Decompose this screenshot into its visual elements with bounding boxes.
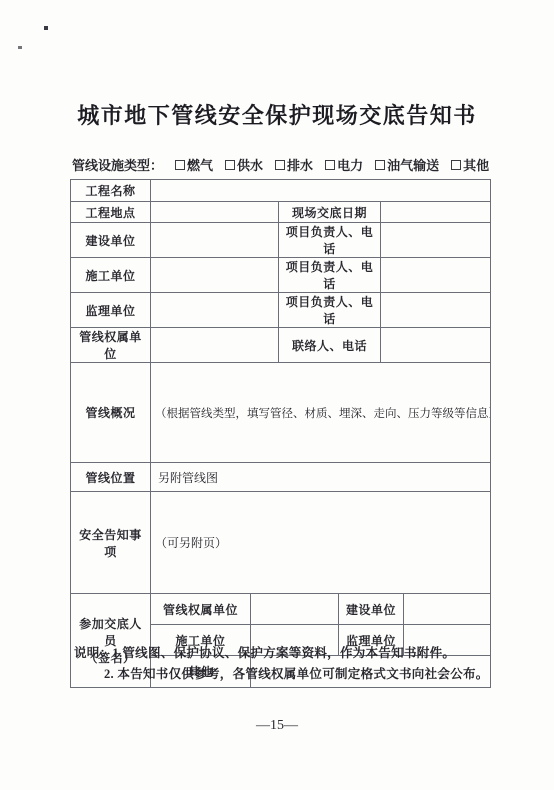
- contractor-unit-value-cell: [151, 258, 279, 293]
- pipeline-overview-label: 管线概况: [71, 363, 151, 463]
- contractor-unit-contact-label: 项目负责人、电话: [279, 258, 381, 293]
- construction-unit-label: 建设单位: [71, 223, 151, 258]
- construction-unit-contact-label: 项目负责人、电话: [279, 223, 381, 258]
- notes-prefix: 说明：: [74, 646, 112, 660]
- row-pipeline-location: 管线位置 另附管线图: [71, 463, 491, 492]
- project-name-label: 工程名称: [71, 180, 151, 202]
- pipeline-owner-contact-label: 联络人、电话: [279, 328, 381, 363]
- document-title: 城市地下管线安全保护现场交底告知书: [0, 99, 554, 130]
- scan-artifact-dot: [18, 46, 22, 49]
- note-item-2: 2. 本告知书仅供参考，各管线权属单位可制定格式文书向社会公布。: [104, 667, 489, 681]
- facility-type-option-gas: 燃气: [175, 155, 213, 174]
- row-participants-1: 参加交底人员 （签名） 管线权属单位 建设单位: [71, 594, 491, 625]
- checkbox-drainage-icon: [275, 160, 285, 170]
- checkbox-other-icon: [451, 160, 461, 170]
- supervision-unit-value-cell: [151, 293, 279, 328]
- pipeline-location-label: 管线位置: [71, 463, 151, 492]
- facility-type-selector: 管线设施类型：燃气供水排水电力油气输送其他: [72, 155, 512, 174]
- pipeline-location-value-cell: 另附管线图: [151, 463, 491, 492]
- project-location-value-cell: [151, 202, 279, 223]
- row-supervision-unit: 监理单位 项目负责人、电话: [71, 293, 491, 328]
- checkbox-oil-gas-icon: [375, 160, 385, 170]
- participants-owner-label: 管线权属单位: [151, 594, 251, 625]
- participants-construction-label: 建设单位: [339, 594, 404, 625]
- facility-type-option-drainage: 排水: [275, 155, 313, 174]
- supervision-unit-label: 监理单位: [71, 293, 151, 328]
- project-name-value-cell: [151, 180, 491, 202]
- construction-unit-contact-value-cell: [381, 223, 491, 258]
- disclosure-form-table: 工程名称 工程地点 现场交底日期 建设单位 项目负责人、电话 施工单位 项目负责…: [70, 179, 491, 688]
- contractor-unit-label: 施工单位: [71, 258, 151, 293]
- disclosure-date-label: 现场交底日期: [279, 202, 381, 223]
- disclosure-date-value-cell: [381, 202, 491, 223]
- notes-section: 说明：1.管线图、保护协议、保护方案等资料，作为本告知书附件。 2. 本告知书仅…: [74, 643, 514, 685]
- supervision-unit-contact-label: 项目负责人、电话: [279, 293, 381, 328]
- safety-notice-hint-cell: （可另附页）: [151, 492, 491, 594]
- row-pipeline-owner-unit: 管线权属单位 联络人、电话: [71, 328, 491, 363]
- row-project-location: 工程地点 现场交底日期: [71, 202, 491, 223]
- checkbox-power-icon: [325, 160, 335, 170]
- construction-unit-value-cell: [151, 223, 279, 258]
- row-contractor-unit: 施工单位 项目负责人、电话: [71, 258, 491, 293]
- facility-type-label: 管线设施类型：: [72, 158, 163, 173]
- checkbox-gas-icon: [175, 160, 185, 170]
- pipeline-owner-unit-value-cell: [151, 328, 279, 363]
- row-safety-notice: 安全告知事项 （可另附页）: [71, 492, 491, 594]
- row-project-name: 工程名称: [71, 180, 491, 202]
- participants-construction-signature-cell: [404, 594, 491, 625]
- page-number: —15—: [0, 718, 554, 734]
- safety-notice-label: 安全告知事项: [71, 492, 151, 594]
- facility-type-option-power: 电力: [325, 155, 363, 174]
- facility-type-option-oil-gas: 油气输送: [375, 155, 439, 174]
- note-line-2: 2. 本告知书仅供参考，各管线权属单位可制定格式文书向社会公布。: [74, 664, 514, 685]
- note-line-1: 说明：1.管线图、保护协议、保护方案等资料，作为本告知书附件。: [74, 643, 514, 664]
- facility-type-option-water-supply: 供水: [225, 155, 263, 174]
- supervision-unit-contact-value-cell: [381, 293, 491, 328]
- participants-owner-signature-cell: [251, 594, 339, 625]
- row-construction-unit: 建设单位 项目负责人、电话: [71, 223, 491, 258]
- project-location-label: 工程地点: [71, 202, 151, 223]
- pipeline-owner-contact-value-cell: [381, 328, 491, 363]
- pipeline-overview-hint-cell: （根据管线类型，填写管径、材质、埋深、走向、压力等级等信息）: [151, 363, 491, 463]
- facility-type-option-other: 其他: [451, 155, 489, 174]
- contractor-unit-contact-value-cell: [381, 258, 491, 293]
- pipeline-owner-unit-label: 管线权属单位: [71, 328, 151, 363]
- checkbox-water-supply-icon: [225, 160, 235, 170]
- row-pipeline-overview: 管线概况 （根据管线类型，填写管径、材质、埋深、走向、压力等级等信息）: [71, 363, 491, 463]
- scanned-document-page: 城市地下管线安全保护现场交底告知书 管线设施类型：燃气供水排水电力油气输送其他 …: [0, 0, 554, 790]
- scan-artifact-dot: [44, 26, 48, 30]
- note-item-1: 1.管线图、保护协议、保护方案等资料，作为本告知书附件。: [112, 646, 455, 660]
